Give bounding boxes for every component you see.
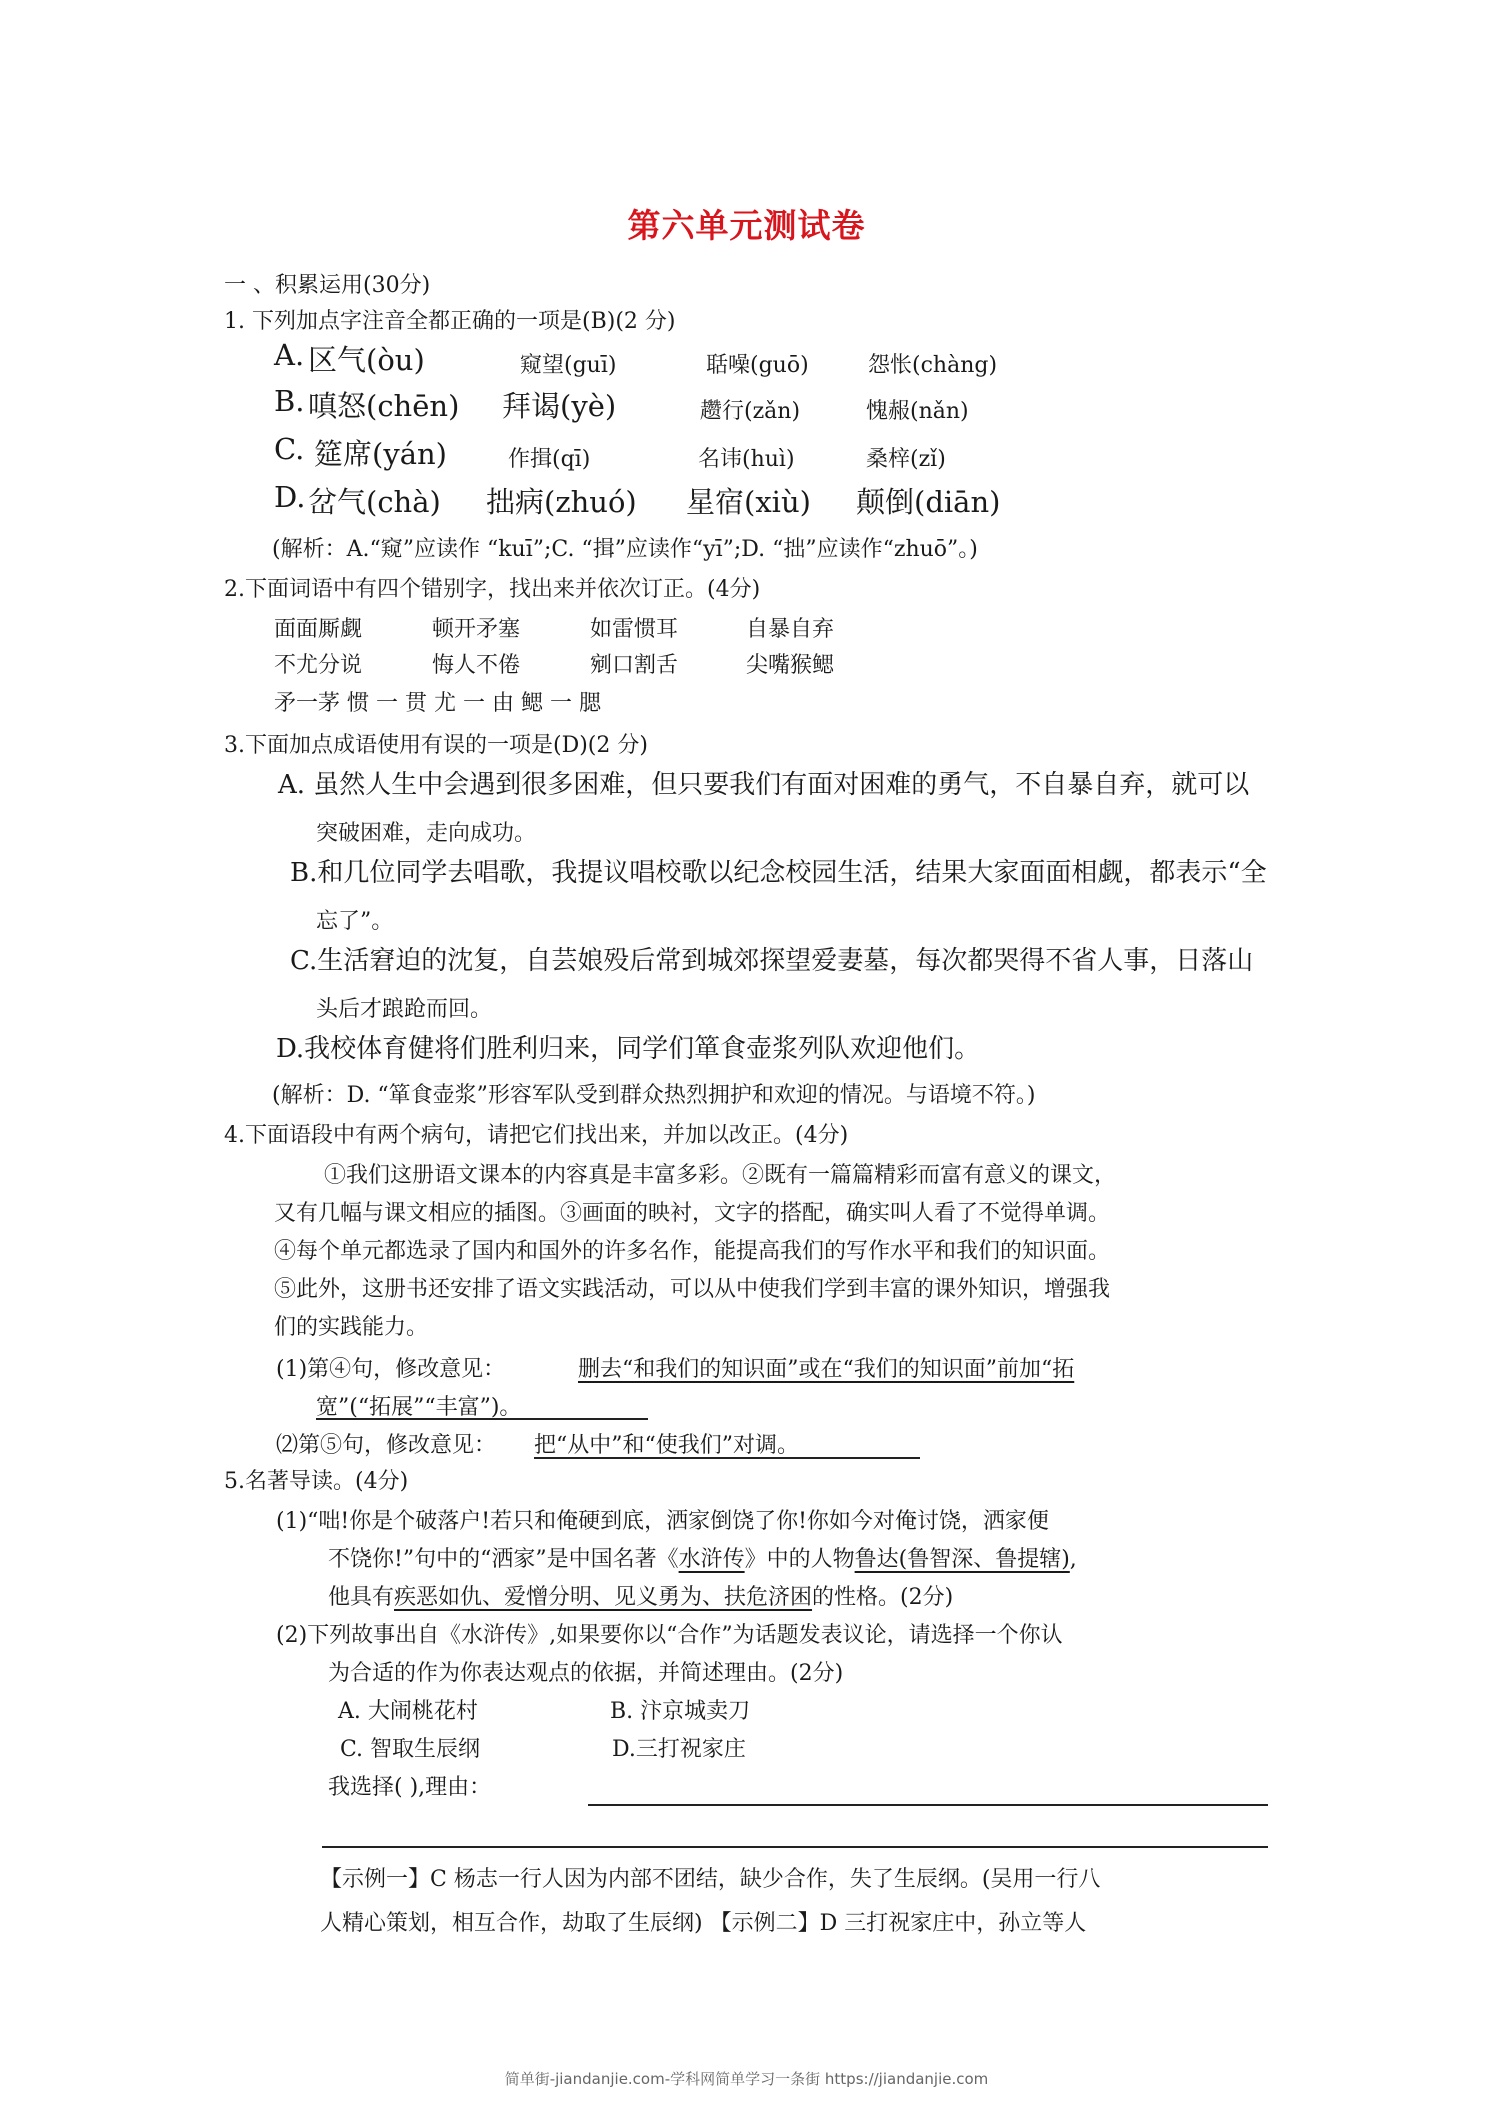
question-4-answer-1-label: (1)第④句，修改意见： [276,1352,505,1383]
option-a-item: 聒噪(guō) [706,348,809,379]
question-3-stem: 3.下面加点成语使用有误的一项是(D)(2 分) [224,728,648,759]
option-c-item: 筵席(yán) [314,432,447,473]
question-3-analysis: (解析：D. “箪食壶浆”形容军队受到群众热烈拥护和欢迎的情况。与语境不符。) [272,1078,1036,1109]
word: 顿开矛塞 [432,612,520,643]
option-b-item: 拜谒(yè) [502,384,616,425]
text: 》中的人物 [745,1547,855,1572]
question-4-passage: ①我们这册语文课本的内容真是丰富多彩。②既有一篇篇精彩而富有意义的课文， [324,1158,1116,1189]
choose-label: 我选择( ),理由： [328,1770,491,1801]
answer-character: 鲁达(鲁智深、鲁提辖) [855,1547,1070,1572]
question-5-part-2-cont: 为合适的作为你表达观点的依据，并简述理由。(2分) [328,1656,843,1687]
question-3-option-c: C.生活窘迫的沈复，自芸娘殁后常到城郊探望爱妻墓，每次都哭得不省人事，日落山 [290,940,1253,977]
option-c-label: C. [274,432,304,466]
section-heading: 一 、积累运用(30分) [224,268,430,299]
question-4-answer-1: 删去“和我们的知识面”或在“我们的知识面”前加“拓 [578,1352,1074,1383]
word: 剜口割舌 [590,648,678,679]
answer-traits: 疾恶如仇、爱憎分明、见义勇为、扶危济困 [394,1585,812,1610]
question-5-part-1-line-3: 他具有疾恶如仇、爱憎分明、见义勇为、扶危济困的性格。(2分) [328,1580,953,1611]
answer-underline [316,1418,648,1420]
question-5-part-1-line-2: 不饶你!”句中的“洒家”是中国名著《水浒传》中的人物鲁达(鲁智深、鲁提辖), [328,1542,1077,1573]
question-4-passage: 又有几幅与课文相应的插图。③画面的映衬，文字的搭配，确实叫人看了不觉得单调。 [274,1196,1110,1227]
option-b-item: 嗔怒(chēn) [308,384,459,425]
option-d-item: 岔气(chà) [308,480,441,521]
option-a-label: A. [274,338,304,372]
text: 的性格。(2分) [812,1585,953,1610]
text: 不饶你!”句中的“洒家”是中国名著《 [328,1547,679,1572]
word: 自暴自弃 [746,612,834,643]
question-3-option-a-cont: 突破困难，走向成功。 [316,816,536,847]
word: 不尤分说 [274,648,362,679]
option-d-item: 星宿(xiù) [686,480,811,521]
question-3-option-d: D.我校体育健将们胜利归来，同学们箪食壶浆列队欢迎他们。 [276,1028,980,1065]
word: 悔人不倦 [432,648,520,679]
question-1-stem: 1. 下列加点字注音全都正确的一项是(B)(2 分) [224,304,675,335]
question-4-passage: ④每个单元都选录了国内和国外的许多名作，能提高我们的写作水平和我们的知识面。 [274,1234,1110,1265]
page-title: 第六单元测试卷 [0,200,1493,247]
option-b-item: 愧赧(nǎn) [866,394,969,425]
option-a-item: 区气(òu) [308,338,425,379]
question-3-option-b-cont: 忘了”。 [316,904,393,935]
question-1-analysis: (解析：A.“窥”应读作 “kuī”;C. “揖”应读作“yī”;D. “拙”应… [272,532,978,563]
word: 面面厮觑 [274,612,362,643]
option-d-label: D. [274,480,305,514]
question-4-passage: ⑤此外，这册书还安排了语文实践活动，可以从中使我们学到丰富的课外知识，增强我 [274,1272,1110,1303]
question-5-part-1: (1)“咄!你是个破落户!若只和俺硬到底，洒家倒饶了你!你如今对俺讨饶，洒家便 [276,1504,1049,1535]
answer-underline [534,1457,920,1459]
option-c-item: 作揖(qī) [508,442,590,473]
option-b-item: 趱行(zǎn) [700,394,800,425]
option-a-item: 怨怅(chàng) [868,348,997,379]
question-4-passage: 们的实践能力。 [274,1310,428,1341]
option-a-item: 窥望(guī) [520,348,616,379]
option-c-item: 桑梓(zǐ) [866,442,946,473]
option-b-label: B. [274,384,305,418]
question-4-answer-1-cont: 宽”(“拓展”“丰富”)。 [316,1390,521,1421]
answer-blank-line[interactable] [588,1804,1268,1806]
question-2-answer: 矛一茅 惯 一 贯 尤 一 由 鳃 一 腮 [274,686,601,717]
choice-d: D.三打祝家庄 [612,1732,746,1763]
question-3-option-c-cont: 头后才踉跄而回。 [316,992,492,1023]
question-5-part-2: (2)下列故事出自《水浒传》,如果要你以“合作”为话题发表议论，请选择一个你认 [276,1618,1063,1649]
question-4-stem: 4.下面语段中有两个病句，请把它们找出来，并加以改正。(4分) [224,1118,848,1149]
answer-book: 水浒传 [679,1547,745,1572]
choice-b: B. 汴京城卖刀 [610,1694,750,1725]
question-4-answer-2: 把“从中”和“使我们”对调。 [534,1428,799,1459]
text: , [1070,1547,1077,1572]
choice-c: C. 智取生辰纲 [340,1732,480,1763]
answer-blank-line[interactable] [322,1846,1268,1848]
question-2-stem: 2.下面词语中有四个错别字，找出来并依次订正。(4分) [224,572,760,603]
word: 尖嘴猴鳃 [746,648,834,679]
example-answer: 【示例一】C 杨志一行人因为内部不团结，缺少合作，失了生辰纲。(吴用一行八 [320,1862,1100,1893]
question-3-option-b: B.和几位同学去唱歌，我提议唱校歌以纪念校园生活，结果大家面面相觑，都表示“全 [290,852,1267,889]
option-d-item: 颠倒(diān) [856,480,1000,521]
word: 如雷惯耳 [590,612,678,643]
question-3-option-a: A. 虽然人生中会遇到很多困难，但只要我们有面对困难的勇气，不自暴自弃，就可以 [278,764,1249,801]
footer-watermark: 简单街-jiandanjie.com-学科网简单学习一条街 https://ji… [0,2068,1493,2089]
example-answer: 人精心策划，相互合作，劫取了生辰纲) 【示例二】D 三打祝家庄中，孙立等人 [320,1906,1086,1937]
question-4-answer-2-label: ⑵第⑤句，修改意见： [276,1428,496,1459]
option-d-item: 拙病(zhuó) [486,480,637,521]
question-5-stem: 5.名著导读。(4分) [224,1464,408,1495]
option-c-item: 名讳(huì) [698,442,795,473]
choice-a: A. 大闹桃花村 [338,1694,478,1725]
text: 他具有 [328,1585,394,1610]
